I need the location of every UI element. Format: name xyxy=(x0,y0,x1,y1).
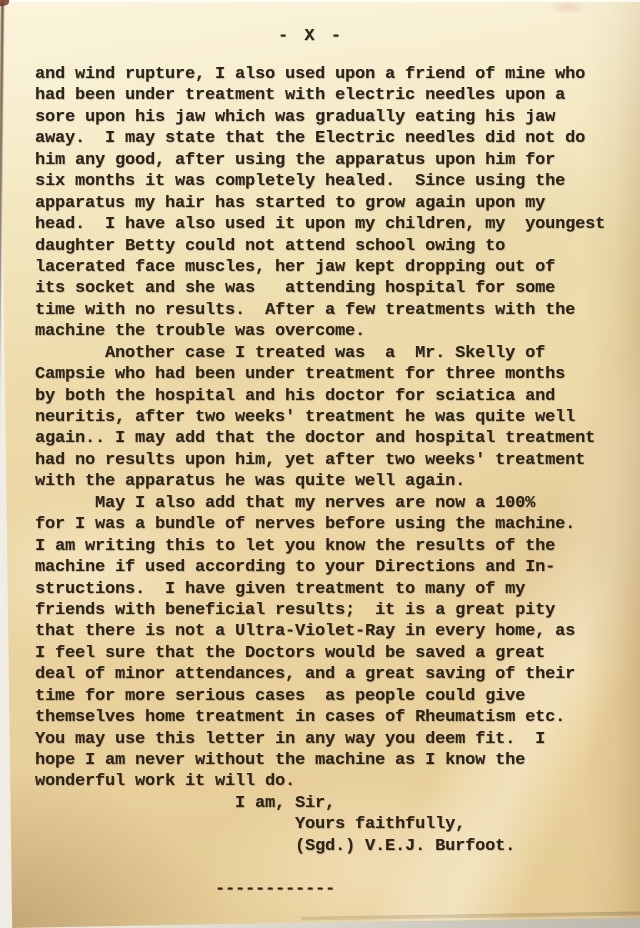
letter-line: friends with beneficial results; it is a… xyxy=(35,600,630,621)
letter-line: him any good, after using the apparatus … xyxy=(35,150,630,171)
letter-line: deal of minor attendances, and a great s… xyxy=(35,664,630,685)
letter-line: Campsie who had been under treatment for… xyxy=(35,364,630,385)
letter-line: ------------ xyxy=(35,879,630,900)
letter-line: its socket and she was attending hospita… xyxy=(35,278,630,299)
letter-line: time with no results. After a few treatm… xyxy=(35,300,630,321)
letter-line: lacerated face muscles, her jaw kept dro… xyxy=(35,257,630,278)
letter-line: head. I have also used it upon my childr… xyxy=(35,214,630,235)
letter-line: had no results upon him, yet after two w… xyxy=(35,450,630,471)
letter-line: away. I may state that the Electric need… xyxy=(35,128,630,149)
letter-line: Another case I treated was a Mr. Skelly … xyxy=(35,343,630,364)
letter-line: May I also add that my nerves are now a … xyxy=(35,493,630,514)
letter-line: time for more serious cases as people co… xyxy=(35,686,630,707)
paper-sheet: - X - and wind rupture, I also used upon… xyxy=(0,0,640,928)
letter-line: structions. I have given treatment to ma… xyxy=(35,579,630,600)
letter-line xyxy=(35,857,630,878)
scanned-letter-page: - X - and wind rupture, I also used upon… xyxy=(0,0,640,928)
letter-line: daughter Betty could not attend school o… xyxy=(35,236,630,257)
letter-line: for I was a bundle of nerves before usin… xyxy=(35,514,630,535)
letter-line: wonderful work it will do. xyxy=(35,771,630,792)
letter-body: and wind rupture, I also used upon a fri… xyxy=(35,64,630,900)
letter-line: themselves home treatment in cases of Rh… xyxy=(35,707,630,728)
letter-line: neuritis, after two weeks' treatment he … xyxy=(35,407,630,428)
letter-line: I am, Sir, xyxy=(35,793,630,814)
letter-line: machine the trouble was overcome. xyxy=(35,321,630,342)
letter-line: Yours faithfully, xyxy=(35,814,630,835)
letter-line: (Sgd.) V.E.J. Burfoot. xyxy=(35,836,630,857)
letter-line: and wind rupture, I also used upon a fri… xyxy=(35,64,630,85)
letter-line: apparatus my hair has started to grow ag… xyxy=(35,193,630,214)
letter-line: I am writing this to let you know the re… xyxy=(35,536,630,557)
letter-line: You may use this letter in any way you d… xyxy=(35,729,630,750)
letter-line: by both the hospital and his doctor for … xyxy=(35,386,630,407)
page-number-header: - X - xyxy=(0,27,631,46)
letter-line: hope I am never without the machine as I… xyxy=(35,750,630,771)
letter-line: machine if used according to your Direct… xyxy=(35,557,630,578)
paper-top-edge xyxy=(0,0,640,2)
letter-line: with the apparatus he was quite well aga… xyxy=(35,471,630,492)
letter-line: six months it was completely healed. Sin… xyxy=(35,171,630,192)
letter-line: had been under treatment with electric n… xyxy=(35,85,630,106)
letter-line: I feel sure that the Doctors would be sa… xyxy=(35,643,630,664)
letter-line: again.. I may add that the doctor and ho… xyxy=(35,428,630,449)
letter-line: that there is not a Ultra-Violet-Ray in … xyxy=(35,621,630,642)
letter-line: sore upon his jaw which was gradually ea… xyxy=(35,107,630,128)
